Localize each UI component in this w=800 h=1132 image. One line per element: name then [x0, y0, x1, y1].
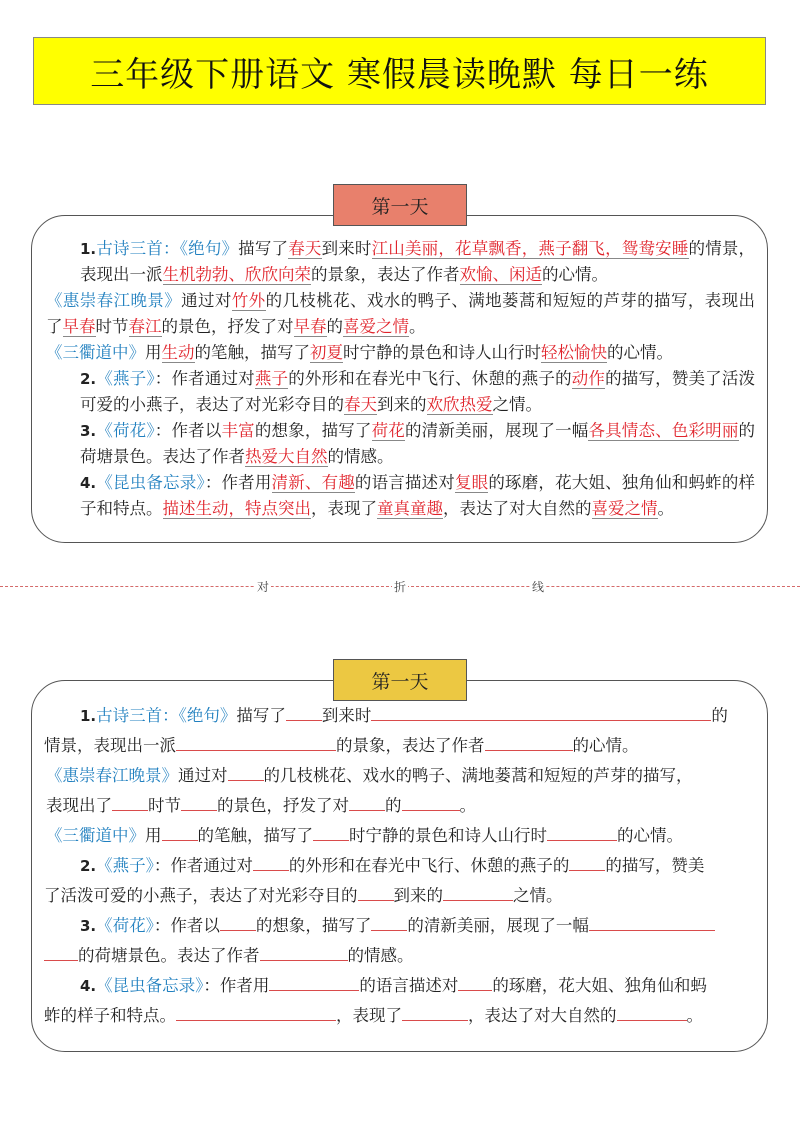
blank-field[interactable]: [617, 1002, 687, 1021]
item-number: 2.: [80, 857, 96, 875]
blank-field[interactable]: [458, 972, 492, 991]
text: 通过对: [178, 766, 228, 785]
text: 的笔触，描写了: [198, 826, 314, 845]
text: 情景，表现出一派: [44, 736, 176, 755]
text: 时宁静的景色和诗人山行时: [343, 343, 541, 362]
text: 的描写，赞美: [605, 856, 704, 875]
text: ，表现了: [311, 499, 377, 518]
text: 的情感。: [328, 447, 394, 466]
text: 的: [385, 796, 402, 815]
blank-field[interactable]: [220, 912, 256, 931]
text: 的心情。: [542, 265, 608, 284]
lesson-title: 《燕子》: [96, 369, 155, 388]
blank-field[interactable]: [485, 732, 573, 751]
text: 的情感。: [348, 946, 414, 965]
text: 的景色，抒发了对: [217, 796, 349, 815]
text: 的几枝桃花、戏水的鸭子、满地蒌蒿和短短的芦芽的描写，: [264, 766, 693, 785]
text: 的景色，抒发了对: [162, 317, 294, 336]
text: 的语言描述对: [355, 473, 455, 492]
text: 表现出了: [46, 796, 112, 815]
lesson-title: 《燕子》: [96, 856, 154, 875]
lesson-title: 《荷花》: [96, 421, 155, 440]
answer: 早春: [63, 317, 96, 337]
answer: 燕子: [255, 369, 288, 389]
text: ：作者用: [203, 976, 269, 995]
text: 描写了: [236, 706, 286, 725]
answer: 喜爱之情: [343, 317, 409, 337]
blank-field[interactable]: [402, 1002, 468, 1021]
answer-item-3: 3.《荷花》：作者以丰富的想象，描写了荷花的清新美丽，展现了一幅各具情态、色彩明…: [44, 418, 755, 470]
text: 的清新美丽，展现了一幅: [405, 421, 588, 440]
text: ，表达了对大自然的: [468, 1006, 617, 1025]
text: 到来时: [322, 239, 372, 258]
practice-card: 1.古诗三首：《绝句》描写了到来时的情景，表现出一派的景象，表达了作者的心情。 …: [31, 680, 768, 1052]
text: ，表现了: [336, 1006, 402, 1025]
text: ：作者用: [205, 473, 272, 492]
blank-field[interactable]: [443, 882, 513, 901]
text: 。: [409, 317, 426, 336]
item-number: 2.: [80, 370, 96, 388]
blank-field[interactable]: [260, 942, 348, 961]
text: 时节: [148, 796, 181, 815]
fold-label: 线: [530, 578, 546, 595]
text: 的琢磨，花大姐、独角仙和蚂: [492, 976, 707, 995]
blank-field[interactable]: [349, 792, 385, 811]
text: 。: [687, 1006, 704, 1025]
text: ：作者通过对: [155, 369, 255, 388]
text: 到来的: [394, 886, 444, 905]
answer: 轻松愉快: [541, 343, 607, 363]
text: 之情。: [513, 886, 563, 905]
lesson-title: 古诗三首：《绝句》: [96, 239, 238, 258]
page-title: 三年级下册语文 寒假晨读晚默 每日一练: [33, 37, 766, 105]
text: 的: [711, 706, 728, 725]
lesson-title: 《三衢道中》: [46, 343, 145, 362]
answer: 生动: [162, 343, 195, 363]
item-number: 3.: [80, 917, 96, 935]
text: 的笔触，描写了: [195, 343, 311, 362]
practice-item-4: 4.《昆虫备忘录》：作者用的语言描述对的琢磨，花大姐、独角仙和蚂蚱的样子和特点。…: [44, 971, 755, 1031]
blank-field[interactable]: [181, 792, 217, 811]
item-number: 1.: [80, 240, 96, 258]
day-badge-practice: 第一天: [333, 659, 467, 701]
answer: 春江: [129, 317, 162, 337]
answer: 童真童趣: [377, 499, 443, 519]
blank-field[interactable]: [313, 822, 349, 841]
blank-field[interactable]: [371, 912, 407, 931]
answer: 荷花: [372, 421, 405, 441]
answer: 清新、有趣: [272, 473, 355, 493]
text: 到来时: [322, 706, 372, 725]
lesson-title: 古诗三首：《绝句》: [96, 706, 236, 725]
lesson-title: 《三衢道中》: [46, 826, 145, 845]
text: 用: [145, 826, 162, 845]
lesson-title: 《惠崇春江晚景》: [46, 291, 181, 310]
answer-item-1c: 《三衢道中》用生动的笔触，描写了初夏时宁静的景色和诗人山行时轻松愉快的心情。: [44, 340, 755, 366]
fold-label: 折: [392, 578, 408, 595]
item-number: 4.: [80, 977, 96, 995]
blank-field[interactable]: [402, 792, 460, 811]
answer: 春天: [344, 395, 377, 415]
item-number: 1.: [80, 707, 96, 725]
practice-item-2: 2.《燕子》：作者通过对的外形和在春光中飞行、休憩的燕子的的描写，赞美了活泼可爱…: [44, 851, 755, 911]
answer: 描述生动，特点突出: [163, 499, 312, 519]
lesson-title: 《昆虫备忘录》: [96, 976, 203, 995]
answer-item-1b: 《惠崇春江晚景》通过对竹外的几枝桃花、戏水的鸭子、满地蒌蒿和短短的芦芽的描写，表…: [44, 288, 755, 340]
text: 的外形和在春光中飞行、休憩的燕子的: [289, 856, 570, 875]
answer: 江山美丽，花草飘香，燕子翻飞，鸳鸯安睡: [372, 239, 689, 259]
text: 之情。: [493, 395, 543, 414]
answer: 喜爱之情: [592, 499, 658, 519]
answer-item-4: 4.《昆虫备忘录》：作者用清新、有趣的语言描述对复眼的琢磨，花大姐、独角仙和蚂蚱…: [44, 470, 755, 522]
text: 的外形和在春光中飞行、休憩的燕子的: [288, 369, 572, 388]
text: ：作者以: [154, 916, 220, 935]
answer: 初夏: [310, 343, 343, 363]
text: 的荷塘景色。表达了作者: [78, 946, 260, 965]
blank-field[interactable]: [253, 852, 289, 871]
blank-field[interactable]: [44, 942, 78, 961]
text: 通过对: [181, 291, 232, 310]
answer: 动作: [572, 369, 605, 389]
text: 的想象，描写了: [256, 916, 372, 935]
lesson-title: 《荷花》: [96, 916, 154, 935]
answer: 热爱大自然: [245, 447, 328, 467]
text: 的心情。: [617, 826, 683, 845]
practice-item-1b: 《惠崇春江晚景》通过对的几枝桃花、戏水的鸭子、满地蒌蒿和短短的芦芽的描写，表现出…: [44, 761, 755, 821]
item-number: 4.: [80, 474, 96, 492]
answer-item-2: 2.《燕子》：作者通过对燕子的外形和在春光中飞行、休憩的燕子的动作的描写，赞美了…: [44, 366, 755, 418]
text: 了活泼可爱的小燕子，表达了对光彩夺目的: [44, 886, 358, 905]
text: 的清新美丽，展现了一幅: [407, 916, 589, 935]
item-number: 3.: [80, 422, 96, 440]
text: 的: [327, 317, 344, 336]
text: ，表达了对大自然的: [443, 499, 592, 518]
text: 的景象，表达了作者: [336, 736, 485, 755]
answer: 欢欣热爱: [427, 395, 493, 415]
text: 的景象，表达了作者: [311, 265, 460, 284]
answer-item-1: 1.古诗三首：《绝句》描写了春天到来时江山美丽，花草飘香，燕子翻飞，鸳鸯安睡的情…: [44, 236, 755, 288]
blank-field[interactable]: [371, 702, 711, 721]
text: ：作者通过对: [154, 856, 253, 875]
text: 的心情。: [573, 736, 639, 755]
blank-field[interactable]: [176, 732, 336, 751]
day-badge-answers: 第一天: [333, 184, 467, 226]
blank-field[interactable]: [358, 882, 394, 901]
blank-field[interactable]: [589, 912, 715, 931]
text: 的语言描述对: [359, 976, 458, 995]
text: 。: [460, 796, 477, 815]
text: 用: [145, 343, 162, 362]
answer: 欢愉、闲适: [460, 265, 543, 285]
blank-field[interactable]: [547, 822, 617, 841]
practice-item-1: 1.古诗三首：《绝句》描写了到来时的情景，表现出一派的景象，表达了作者的心情。: [44, 701, 755, 761]
text: 描写了: [238, 239, 288, 258]
blank-field[interactable]: [228, 762, 264, 781]
answer: 丰富: [222, 421, 255, 440]
answer: 竹外: [232, 291, 266, 311]
text: 到来的: [377, 395, 427, 414]
answer: 复眼: [455, 473, 488, 493]
text: 的心情。: [607, 343, 673, 362]
practice-item-3: 3.《荷花》：作者以的想象，描写了的清新美丽，展现了一幅的荷塘景色。表达了作者的…: [44, 911, 755, 971]
text: 蚱的样子和特点。: [44, 1006, 176, 1025]
blank-field[interactable]: [112, 792, 148, 811]
text: 时宁静的景色和诗人山行时: [349, 826, 547, 845]
lesson-title: 《惠崇春江晚景》: [46, 766, 178, 785]
answer-card: 1.古诗三首：《绝句》描写了春天到来时江山美丽，花草飘香，燕子翻飞，鸳鸯安睡的情…: [31, 215, 768, 543]
text: 的想象，描写了: [255, 421, 372, 440]
answer: 各具情态、色彩明丽: [588, 421, 738, 441]
text: 。: [658, 499, 675, 518]
blank-field[interactable]: [286, 702, 322, 721]
blank-field[interactable]: [176, 1002, 336, 1021]
answer: 春天: [288, 239, 321, 259]
text: ：作者以: [155, 421, 222, 440]
answer: 生机勃勃、欣欣向荣: [163, 265, 312, 285]
practice-item-1c: 《三衢道中》用的笔触，描写了时宁静的景色和诗人山行时的心情。: [44, 821, 755, 851]
answer: 早春: [294, 317, 327, 337]
text: 时节: [96, 317, 129, 336]
blank-field[interactable]: [162, 822, 198, 841]
lesson-title: 《昆虫备忘录》: [96, 473, 205, 492]
blank-field[interactable]: [269, 972, 359, 991]
blank-field[interactable]: [569, 852, 605, 871]
fold-label: 对: [255, 578, 271, 595]
